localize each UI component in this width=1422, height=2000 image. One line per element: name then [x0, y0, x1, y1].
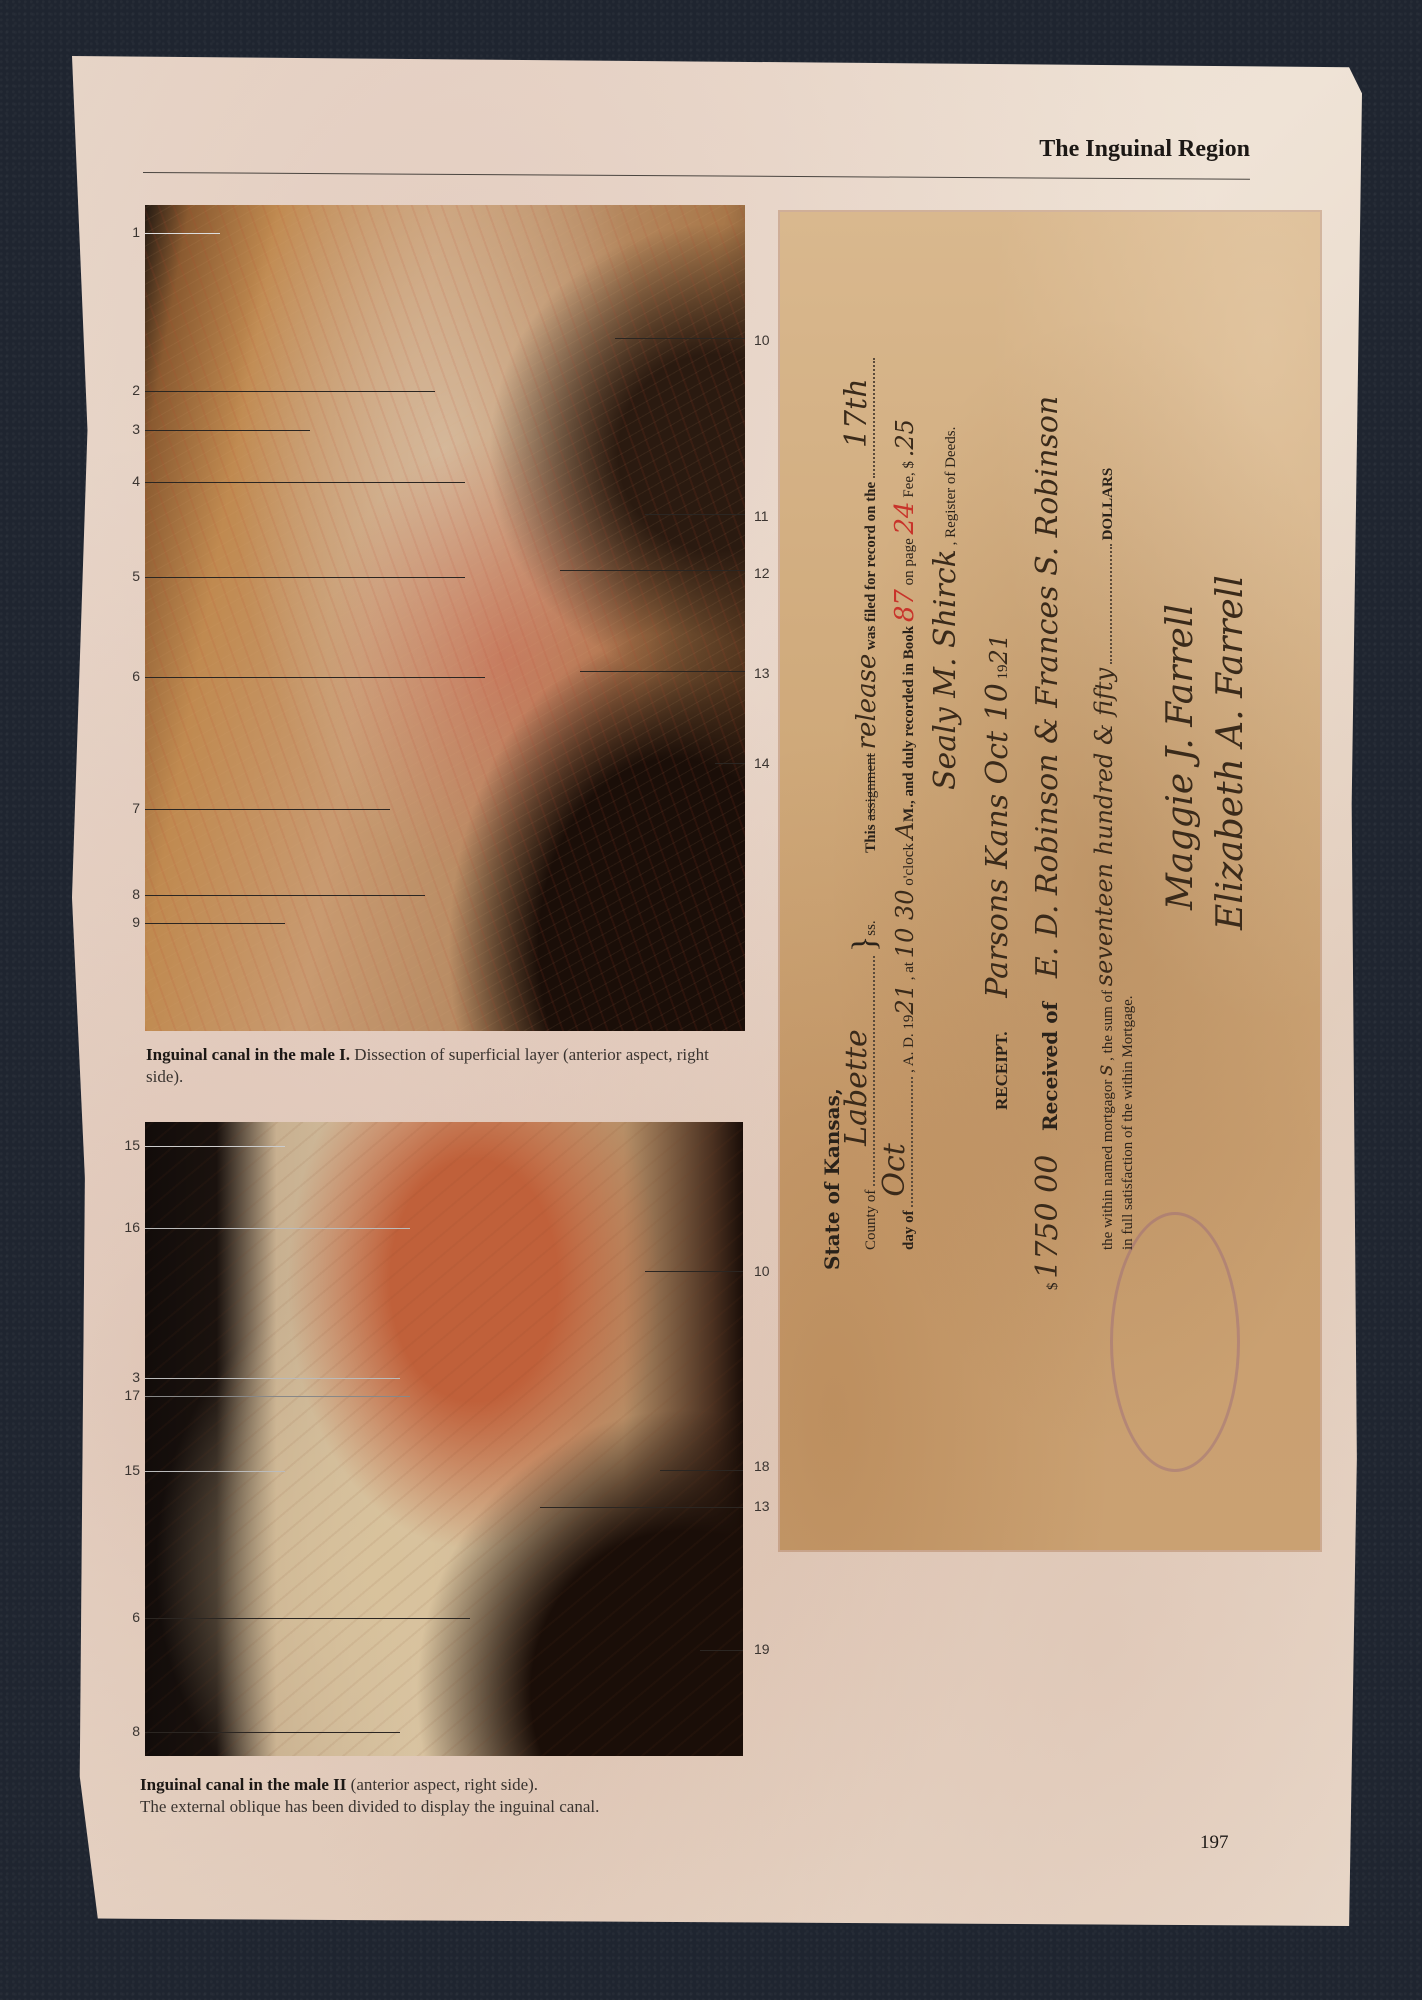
leader-line	[145, 1396, 410, 1397]
page-number: 197	[1200, 1832, 1229, 1854]
leader-line	[145, 1471, 285, 1472]
label-4: 4	[110, 473, 140, 489]
time-handwritten: 10 30	[891, 889, 919, 958]
mortgage-release-receipt: State of Kansas, County of Labette }ss. …	[780, 212, 1320, 1550]
receipt-title: RECEIPT.	[992, 1031, 1011, 1110]
dissection-photo-2	[145, 1122, 743, 1756]
receipt-text-block: State of Kansas, County of Labette }ss. …	[780, 212, 1320, 1550]
dissection-photo-1	[145, 205, 745, 1031]
amount-handwritten: 1750 00	[1030, 1155, 1065, 1279]
receipt-place-date: Parsons Kans Oct 10	[980, 683, 1015, 998]
figure-2-caption-body: (anterior aspect, right side).	[346, 1775, 538, 1794]
label-6: 6	[110, 668, 140, 684]
leader-line	[615, 338, 745, 339]
label-6: 6	[110, 1609, 140, 1625]
county-handwritten: Labette	[839, 1029, 874, 1146]
leader-line	[645, 514, 745, 515]
receipt-title-line: RECEIPT. Parsons Kans Oct 10 1921	[980, 634, 1015, 1110]
leader-line	[145, 1228, 410, 1229]
label-1: 1	[110, 224, 140, 240]
leader-line	[145, 1732, 400, 1733]
page-number-handwritten: 24	[890, 501, 920, 534]
instrument-handwritten: release	[852, 654, 882, 750]
received-of-line: $ 1750 00 Received of E. D. Robinson & F…	[1030, 396, 1065, 1290]
leader-line	[660, 1470, 743, 1471]
leader-line	[540, 1507, 743, 1508]
leader-line	[145, 430, 310, 431]
label-16: 16	[110, 1219, 140, 1235]
county-line: County of Labette }ss. This assignment r…	[846, 358, 884, 1250]
leader-line	[580, 671, 745, 672]
figure-1-caption-title: Inguinal canal in the male I.	[146, 1045, 350, 1064]
label-5: 5	[110, 568, 140, 584]
ampm-handwritten: A	[891, 822, 919, 839]
label-9: 9	[110, 914, 140, 930]
year-handwritten: 21	[891, 984, 919, 1015]
mortgagor-line: the within named mortgagor s , the sum o…	[1090, 468, 1118, 1250]
label-3: 3	[110, 421, 140, 437]
leader-line	[145, 391, 435, 392]
leader-line	[560, 570, 745, 571]
leader-line	[145, 577, 465, 578]
figure-2-caption: Inguinal canal in the male II (anterior …	[140, 1774, 780, 1818]
sum-handwritten: seventeen hundred & fifty	[1090, 668, 1118, 986]
signature-1: Maggie J. Farrell	[1160, 604, 1201, 910]
figure-2-caption-line2: The external oblique has been divided to…	[140, 1797, 599, 1816]
leader-line	[145, 1378, 400, 1379]
month-handwritten: Oct	[877, 1143, 912, 1196]
date-line: day of Oct , A. D. 1921 , at 10 30 o'clo…	[890, 419, 920, 1250]
label-17: 17	[110, 1387, 140, 1403]
label-15: 15	[110, 1137, 140, 1153]
leader-line	[700, 1650, 743, 1651]
figure-1-caption: Inguinal canal in the male I. Dissection…	[146, 1044, 746, 1088]
label-7: 7	[110, 800, 140, 816]
leader-line	[145, 482, 465, 483]
label-2: 2	[110, 382, 140, 398]
recorder-signature: Sealy M. Shirck	[928, 549, 963, 790]
leader-line	[645, 1271, 743, 1272]
leader-line	[145, 895, 425, 896]
leader-line	[145, 233, 220, 234]
signature-2: Elizabeth A. Farrell	[1210, 575, 1251, 930]
label-8: 8	[110, 886, 140, 902]
satisfaction-line: in full satisfaction of the within Mortg…	[1120, 995, 1137, 1250]
figure-2-caption-title: Inguinal canal in the male II	[140, 1775, 346, 1794]
label-8: 8	[110, 1723, 140, 1739]
label-15: 15	[110, 1462, 140, 1478]
day-handwritten: 17th	[839, 378, 874, 448]
leader-line	[145, 677, 485, 678]
leader-line	[145, 1618, 470, 1619]
leader-line	[145, 809, 390, 810]
label-19: 19	[754, 1641, 784, 1657]
leader-line	[145, 923, 285, 924]
label-3: 3	[110, 1369, 140, 1385]
recorder-line: Sealy M. Shirck , Register of Deeds.	[928, 427, 963, 790]
leader-line	[715, 763, 745, 764]
leader-line	[145, 1146, 285, 1147]
payer-handwritten: E. D. Robinson & Frances S. Robinson	[1030, 396, 1065, 978]
fee-handwritten: .25	[891, 419, 919, 457]
running-title: The Inguinal Region	[1000, 136, 1250, 163]
book-number-handwritten: 87	[890, 589, 920, 622]
